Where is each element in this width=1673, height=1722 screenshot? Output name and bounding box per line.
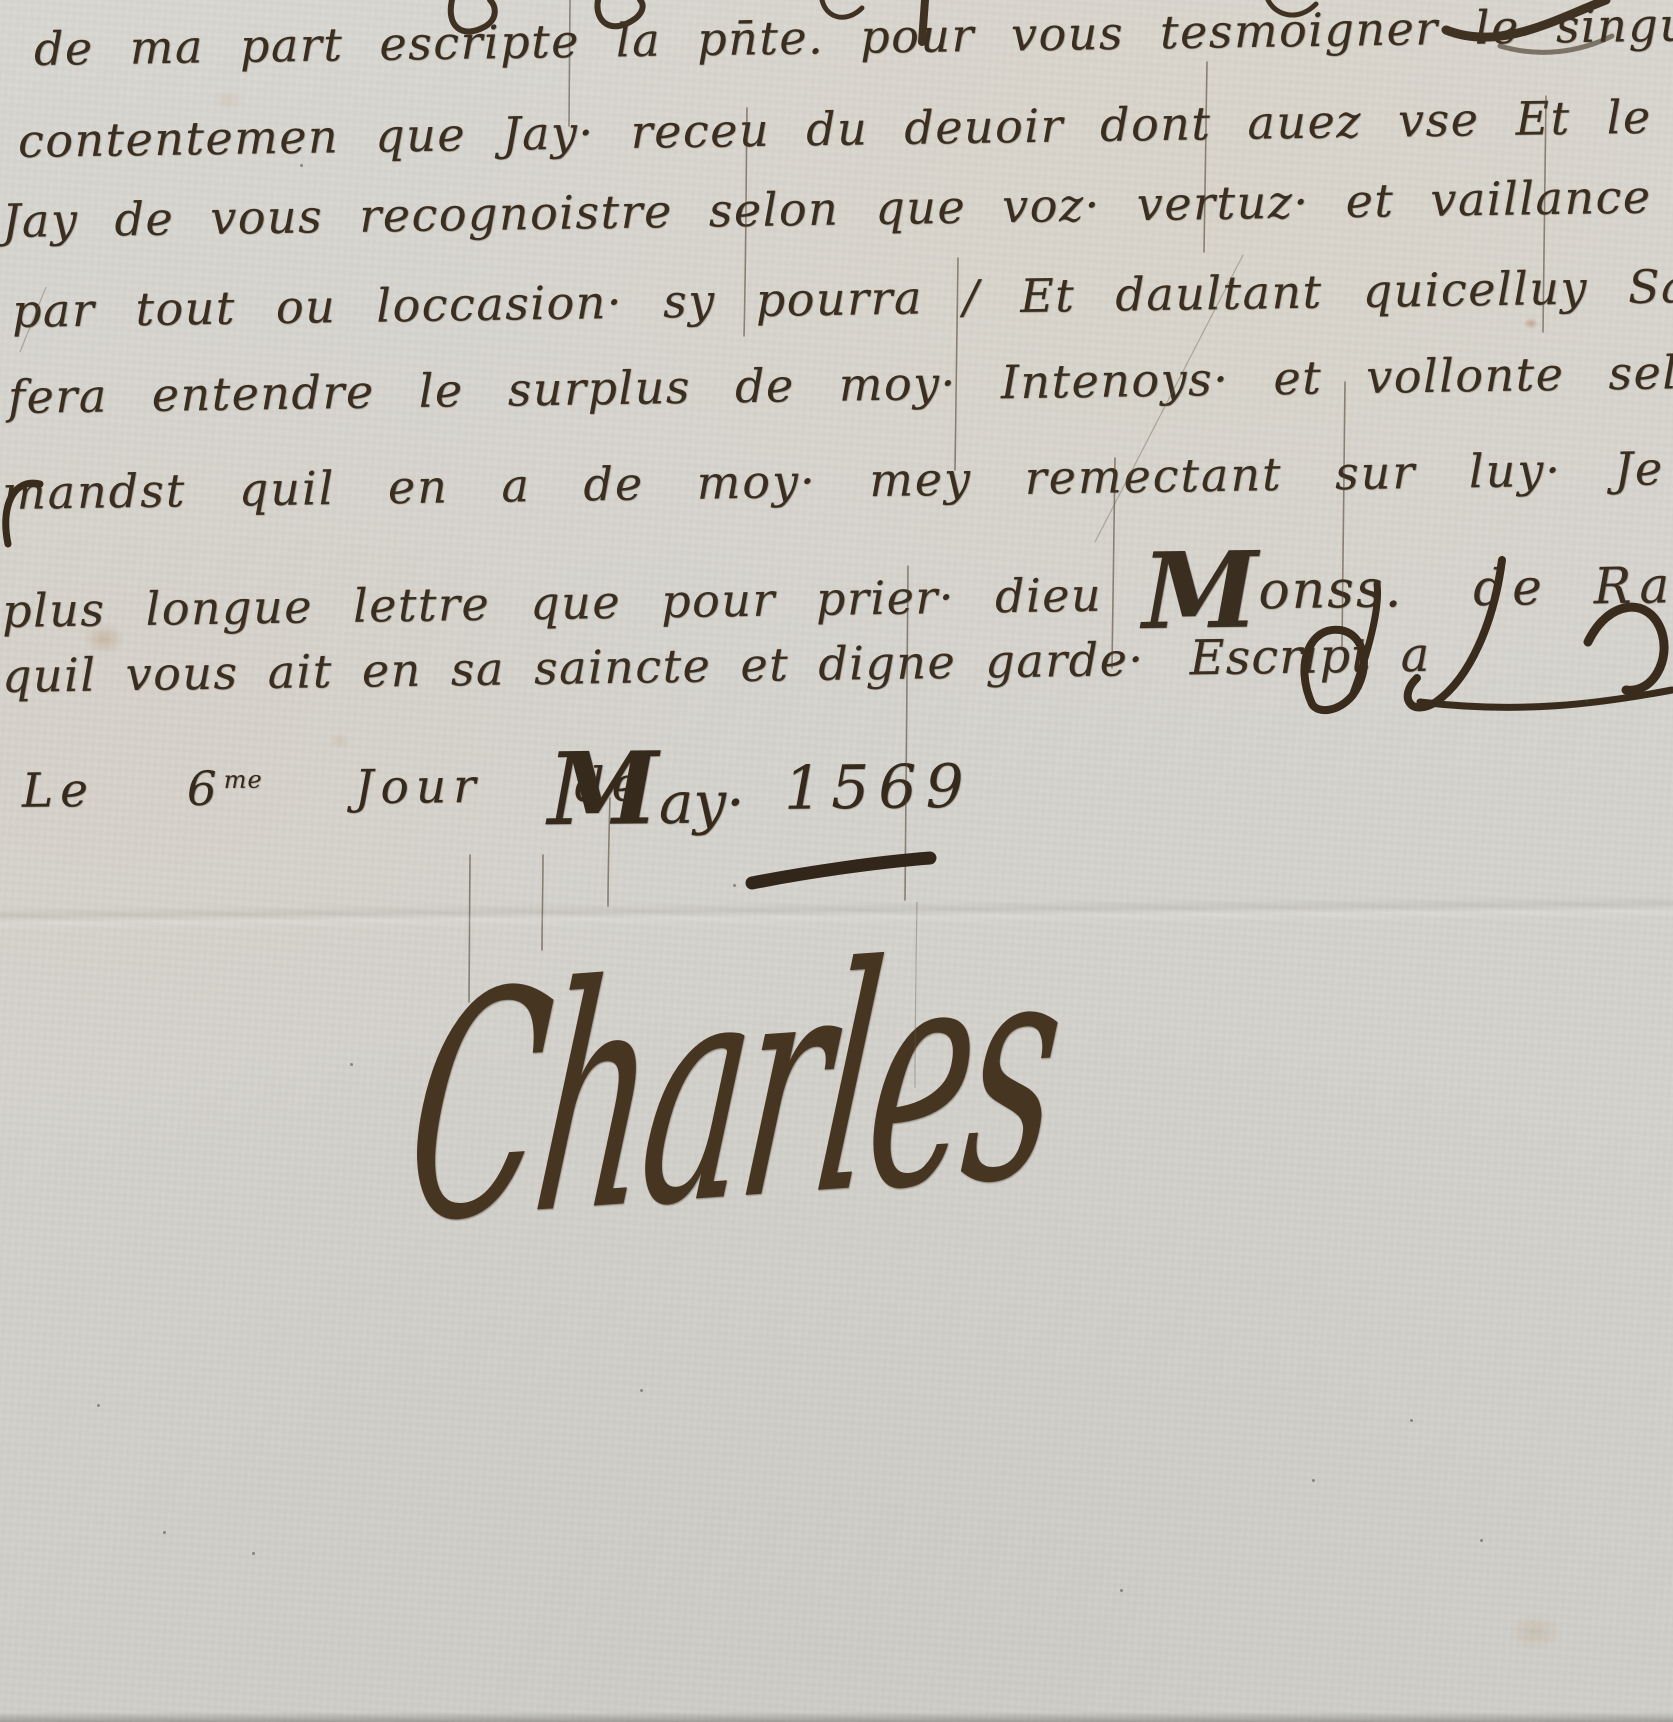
paper-stain — [1522, 316, 1540, 331]
date-line: Le 6me Jour de May· 1569 — [0, 718, 1673, 866]
month-rest: ay· — [658, 768, 745, 837]
paper-speck — [350, 1063, 353, 1066]
paper-speck — [1312, 1479, 1315, 1482]
paper-speck — [300, 164, 303, 167]
paper-stain — [206, 84, 250, 116]
paper-speck — [97, 1404, 100, 1407]
paper-stain — [76, 618, 132, 660]
paper-speck — [1585, 700, 1588, 703]
paper-speck — [163, 1531, 166, 1534]
paper-speck — [1410, 1419, 1413, 1422]
date-year: 1569 — [784, 752, 973, 824]
line-text: plus longue lettre que pour prier· dieu — [2, 568, 1103, 638]
paper-speck — [640, 1389, 643, 1392]
escript-closing: Escript a — [1189, 627, 1431, 687]
date-month: May· — [547, 728, 745, 848]
page-bottom-shadow — [0, 1712, 1673, 1722]
addressee-name: de Rambouillet — [1473, 552, 1673, 617]
date-ordinal: me — [224, 766, 263, 794]
paper-speck — [1120, 1589, 1123, 1592]
monsieur-abbreviation: onss. — [1258, 559, 1404, 621]
paper-speck — [733, 884, 736, 887]
manuscript-photo: { "document": { "kind": "Autograph lette… — [0, 0, 1673, 1722]
date-day: Le 6 — [22, 762, 224, 819]
signature-charles: Charles — [394, 900, 1070, 1285]
paper-speck — [252, 1552, 255, 1555]
paper-speck — [1480, 1539, 1483, 1542]
paper-stain — [1498, 1608, 1572, 1656]
paper-stain — [326, 730, 354, 752]
month-swash-initial: M — [547, 729, 659, 848]
